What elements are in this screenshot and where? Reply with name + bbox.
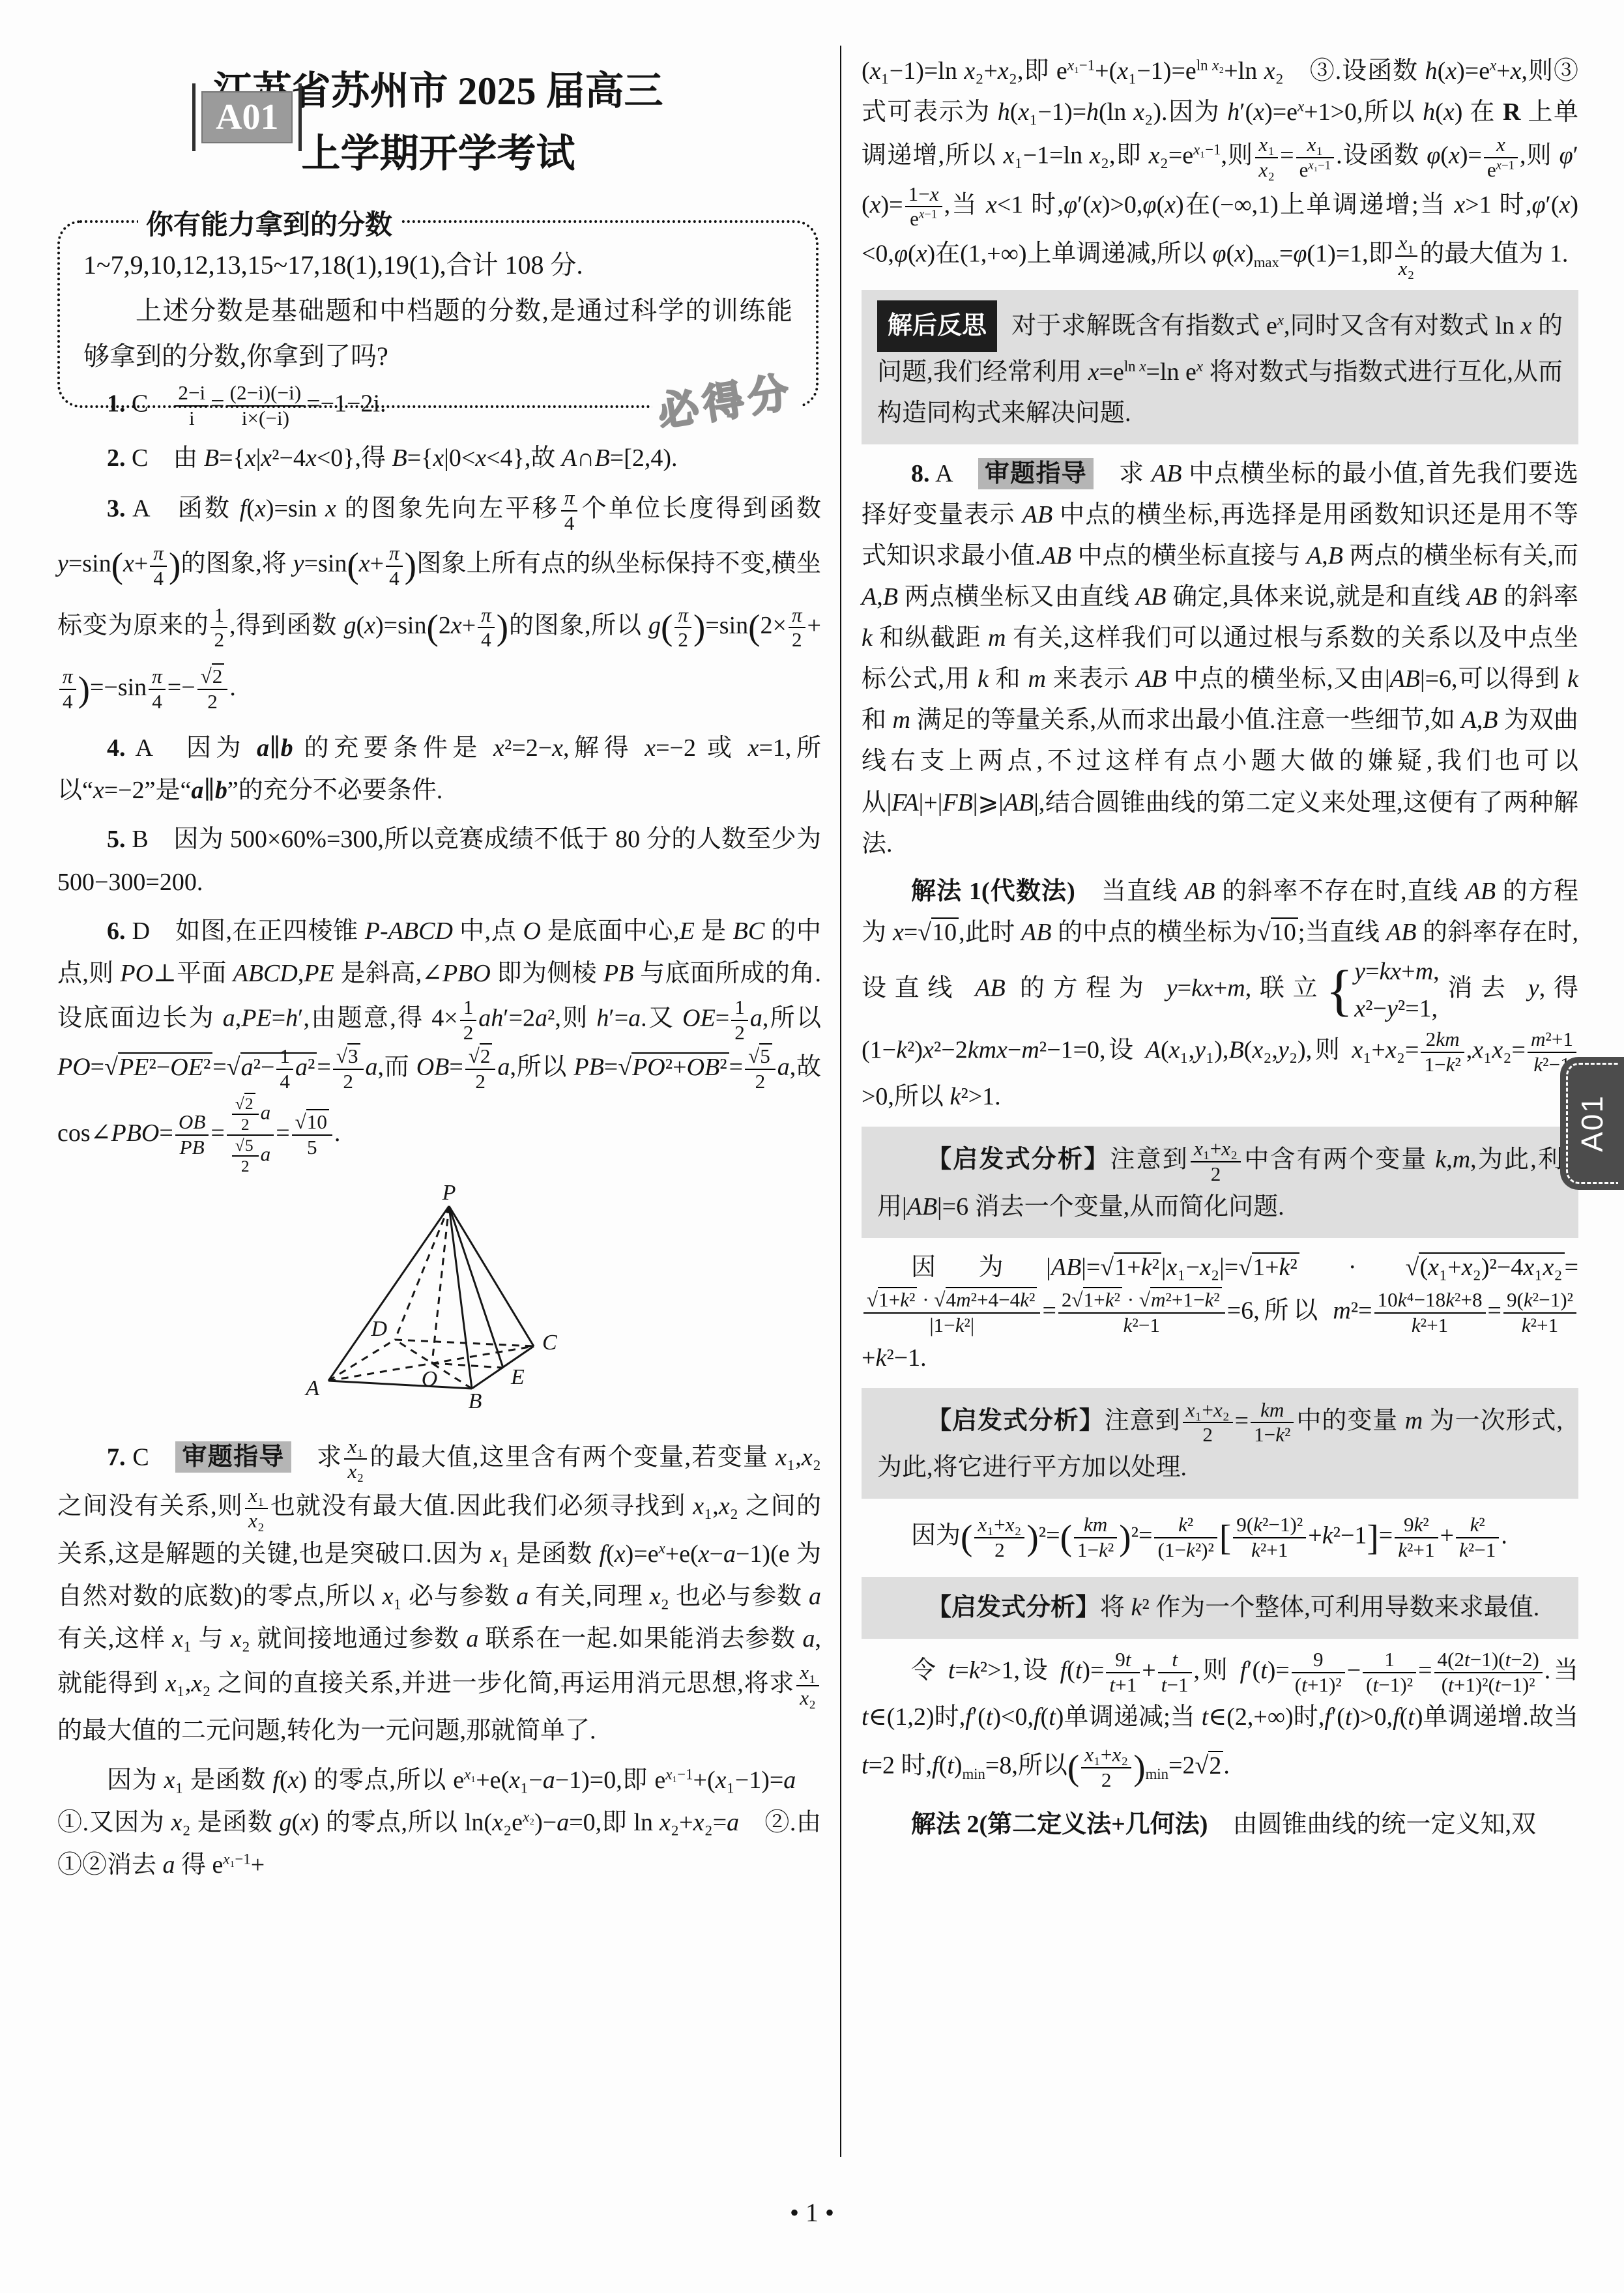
answer-q5: 5. B 因为 500×60%=300,所以竞赛成绩不低于 80 分的人数至少为… [57, 818, 821, 904]
figure-label-a: A [304, 1376, 319, 1400]
score-line-2: 上述分数是基础题和中档题的分数,是通过科学的训练能够拿到的分数,你拿到了吗? [83, 288, 792, 379]
formula-block-3: 令 t=k²>1,设 f(t)=9tt+1+tt−1,则 f′(t)=9(t+1… [862, 1648, 1578, 1798]
figure-label-p: P [442, 1185, 456, 1205]
answer-q2: 2. C 由 B={x|x²−4x<0},得 B={x|0<x<4},故 A∩B… [57, 437, 821, 480]
formula-block-2: 因为(x₁+x₂2)²=(km1−k²)²=k²(1−k²)²[9(k²−1)²… [862, 1508, 1578, 1567]
exam-answer-page: 江苏省苏州市 2025 届高三 上学期开学考试 A01 你有能力拿到的分数 1~… [0, 0, 1624, 2293]
header-badge: A01 [192, 83, 302, 151]
score-box: 你有能力拿到的分数 1~7,9,10,12,13,15~17,18(1),19(… [57, 220, 819, 408]
answer-q1: 1. C 2−ii=(2−i)(−i)i×(−i)=−1−2i. [57, 381, 821, 431]
solution-1: 解法 1(代数法) 当直线 AB 的斜率不存在时,直线 AB 的方程为 x=√1… [862, 871, 1578, 1118]
answer-q8: 8. A 审题指导 求 AB 中点横坐标的最小值,首先我们要选择好变量表示 AB… [862, 454, 1578, 865]
figure-label-e: E [510, 1365, 525, 1389]
figure-label-o: O [422, 1367, 438, 1391]
answer-q7: 7. C 审题指导 求x₁x₂的最大值,这里含有两个变量,若变量 x₁,x₂ 之… [57, 1435, 821, 1753]
pyramid-diagram: P D C E O A B [283, 1185, 596, 1410]
q7-derivation-continued: (x₁−1)=ln x₂+x₂,即 ex₁−1+(x₁−1)=eln x₂+ln… [862, 51, 1578, 281]
figure-label-b: B [469, 1389, 482, 1410]
q7-derivation: 因为 x₁ 是函数 f(x) 的零点,所以 ex₁+e(x₁−a−1)=0,即 … [57, 1759, 821, 1887]
score-box-label: 你有能力拿到的分数 [138, 203, 400, 242]
badge-code: A01 [201, 91, 293, 143]
reflection-tag: 解后反思 [877, 300, 997, 352]
hint-2-text: 【启发式分析】注意到x₁+x₂2=km1−k²中的变量 m 为一次形式,为此,将… [877, 1398, 1563, 1489]
answer-q6: 6. D 如图,在正四棱锥 P-ABCD 中,点 O 是底面中心,E 是 BC … [57, 910, 821, 1176]
hint-box-3: 【启发式分析】将 k² 作为一个整体,可利用导数来求最值. [862, 1577, 1578, 1639]
exam-title-line-2: 上学期开学考试 [55, 123, 821, 185]
right-column: (x₁−1)=ln x₂+x₂,即 ex₁−1+(x₁−1)=eln x₂+ln… [862, 51, 1578, 1852]
side-tab: A01 [1560, 1057, 1624, 1190]
formula-block-1: 因为|AB|=√1+k²|x₁−x₂|=√1+k² · √(x₁+x₂)²−4x… [862, 1247, 1578, 1379]
hint-box-2: 【启发式分析】注意到x₁+x₂2=km1−k²中的变量 m 为一次形式,为此,将… [862, 1388, 1578, 1499]
answer-q3: 3. A 函数 f(x)=sin x 的图象先向左平移π4个单位长度得到函数 y… [57, 486, 821, 721]
page-number: • 1 • [0, 2197, 1624, 2228]
side-tab-label: A01 [1574, 1095, 1610, 1152]
page-title: 江苏省苏州市 2025 届高三 上学期开学考试 [55, 60, 821, 185]
figure-label-d: D [370, 1317, 387, 1341]
score-line-1: 1~7,9,10,12,13,15~17,18(1),19(1),合计 108 … [83, 242, 792, 288]
badge-left-bar [192, 83, 196, 151]
solution-2: 解法 2(第二定义法+几何法) 由圆锥曲线的统一定义知,双 [862, 1804, 1578, 1845]
badge-right-bar [298, 83, 302, 151]
reflection-box: 解后反思对于求解既含有指数式 ex,同时又含有对数式 ln x 的问题,我们经常… [862, 290, 1578, 444]
column-divider [840, 46, 841, 2157]
figure-label-c: C [542, 1331, 557, 1355]
left-column: 1. C 2−ii=(2−i)(−i)i×(−i)=−1−2i. 2. C 由 … [57, 381, 821, 1894]
hint-box-1: 【启发式分析】注意到x₁+x₂2中含有两个变量 k,m,为此,利用|AB|=6 … [862, 1127, 1578, 1238]
hint-1-text: 【启发式分析】注意到x₁+x₂2中含有两个变量 k,m,为此,利用|AB|=6 … [877, 1137, 1563, 1228]
hint-3-text: 【启发式分析】将 k² 作为一个整体,可利用导数来求最值. [877, 1587, 1563, 1628]
figure-pyramid: P D C E O A B [283, 1185, 596, 1424]
exam-title-line-1: 江苏省苏州市 2025 届高三 [55, 60, 821, 123]
answer-q4: 4. A 因为 a∥b 的充要条件是 x²=2−x,解得 x=−2 或 x=1,… [57, 727, 821, 813]
reflection-body: 解后反思对于求解既含有指数式 ex,同时又含有对数式 ln x 的问题,我们经常… [877, 300, 1563, 434]
